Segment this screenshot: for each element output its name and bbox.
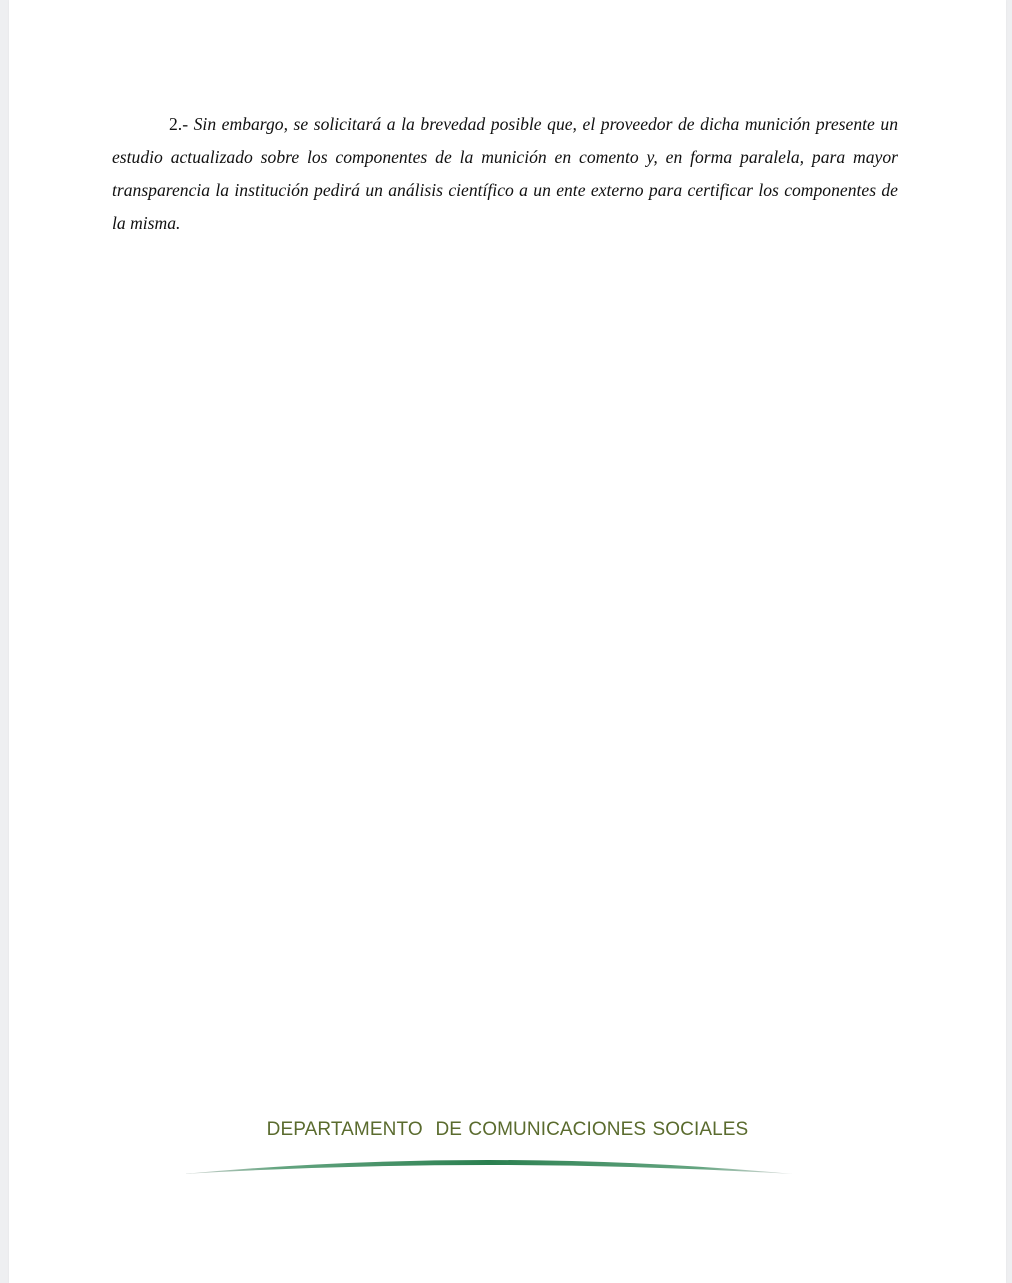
footer-department-name: DEPARTAMENTO DE COMUNICACIONES SOCIALES: [9, 1119, 1006, 1141]
body-paragraph: 2.- Sin embargo, se solicitará a la brev…: [112, 108, 898, 240]
paragraph-number: 2.-: [169, 114, 188, 134]
paragraph-text: Sin embargo, se solicitará a la brevedad…: [112, 114, 898, 233]
footer-swoosh-line: [183, 1152, 793, 1182]
document-page: 2.- Sin embargo, se solicitará a la brev…: [9, 0, 1006, 1283]
